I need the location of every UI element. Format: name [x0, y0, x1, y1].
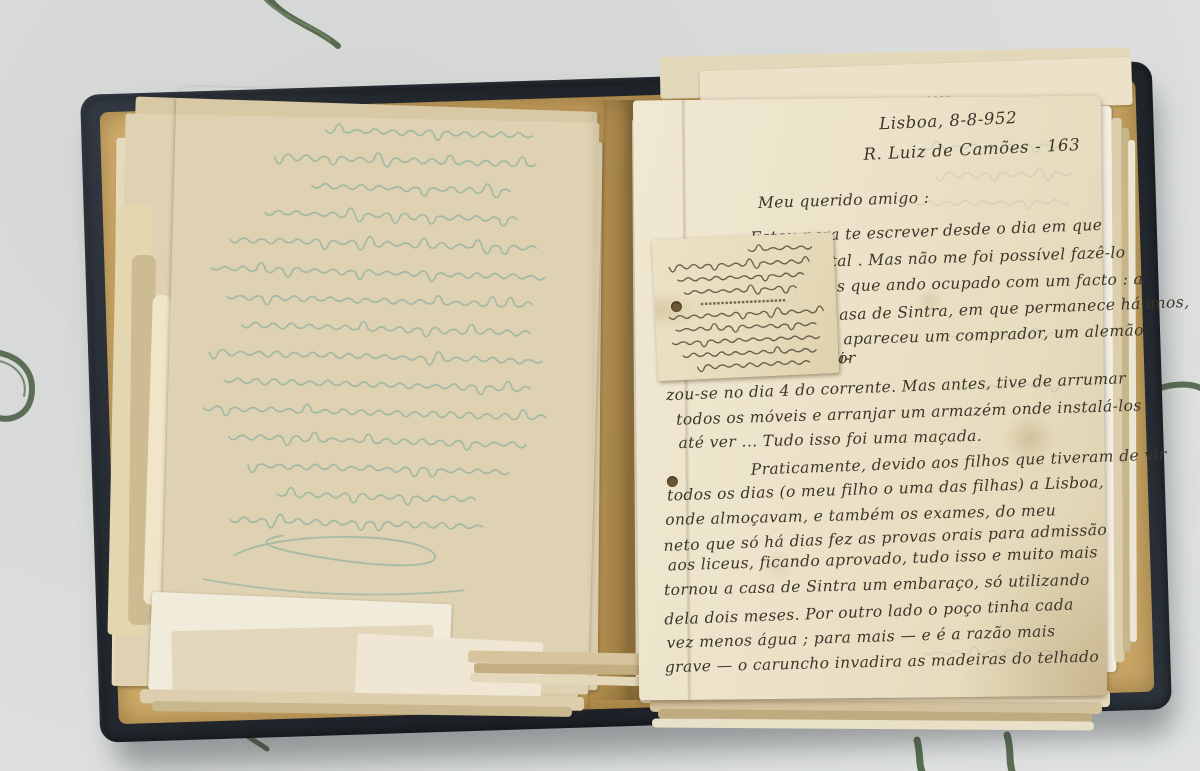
- letter-line: tal . Mas não me foi possível fazê-lo: [830, 242, 1125, 271]
- letter-body: Estou para te escrever desde o dia em qu…: [633, 96, 1107, 701]
- right-letter-page: Lisboa, 8-8-952 R. Luiz de Camões - 163 …: [633, 96, 1107, 701]
- photo-open-binder: - -- - --- de 1952 Lisboa, 8-8-952 R. Lu…: [0, 0, 1200, 771]
- pasted-note-slip: [652, 232, 839, 381]
- letter-line: até ver ... Tudo isso foi uma maçada.: [678, 426, 982, 453]
- letter-line: grave — o caruncho invadira as madeiras …: [665, 647, 1100, 678]
- punch-hole: [667, 476, 678, 487]
- letter-line: s que ando ocupado com um facto : a: [837, 269, 1144, 296]
